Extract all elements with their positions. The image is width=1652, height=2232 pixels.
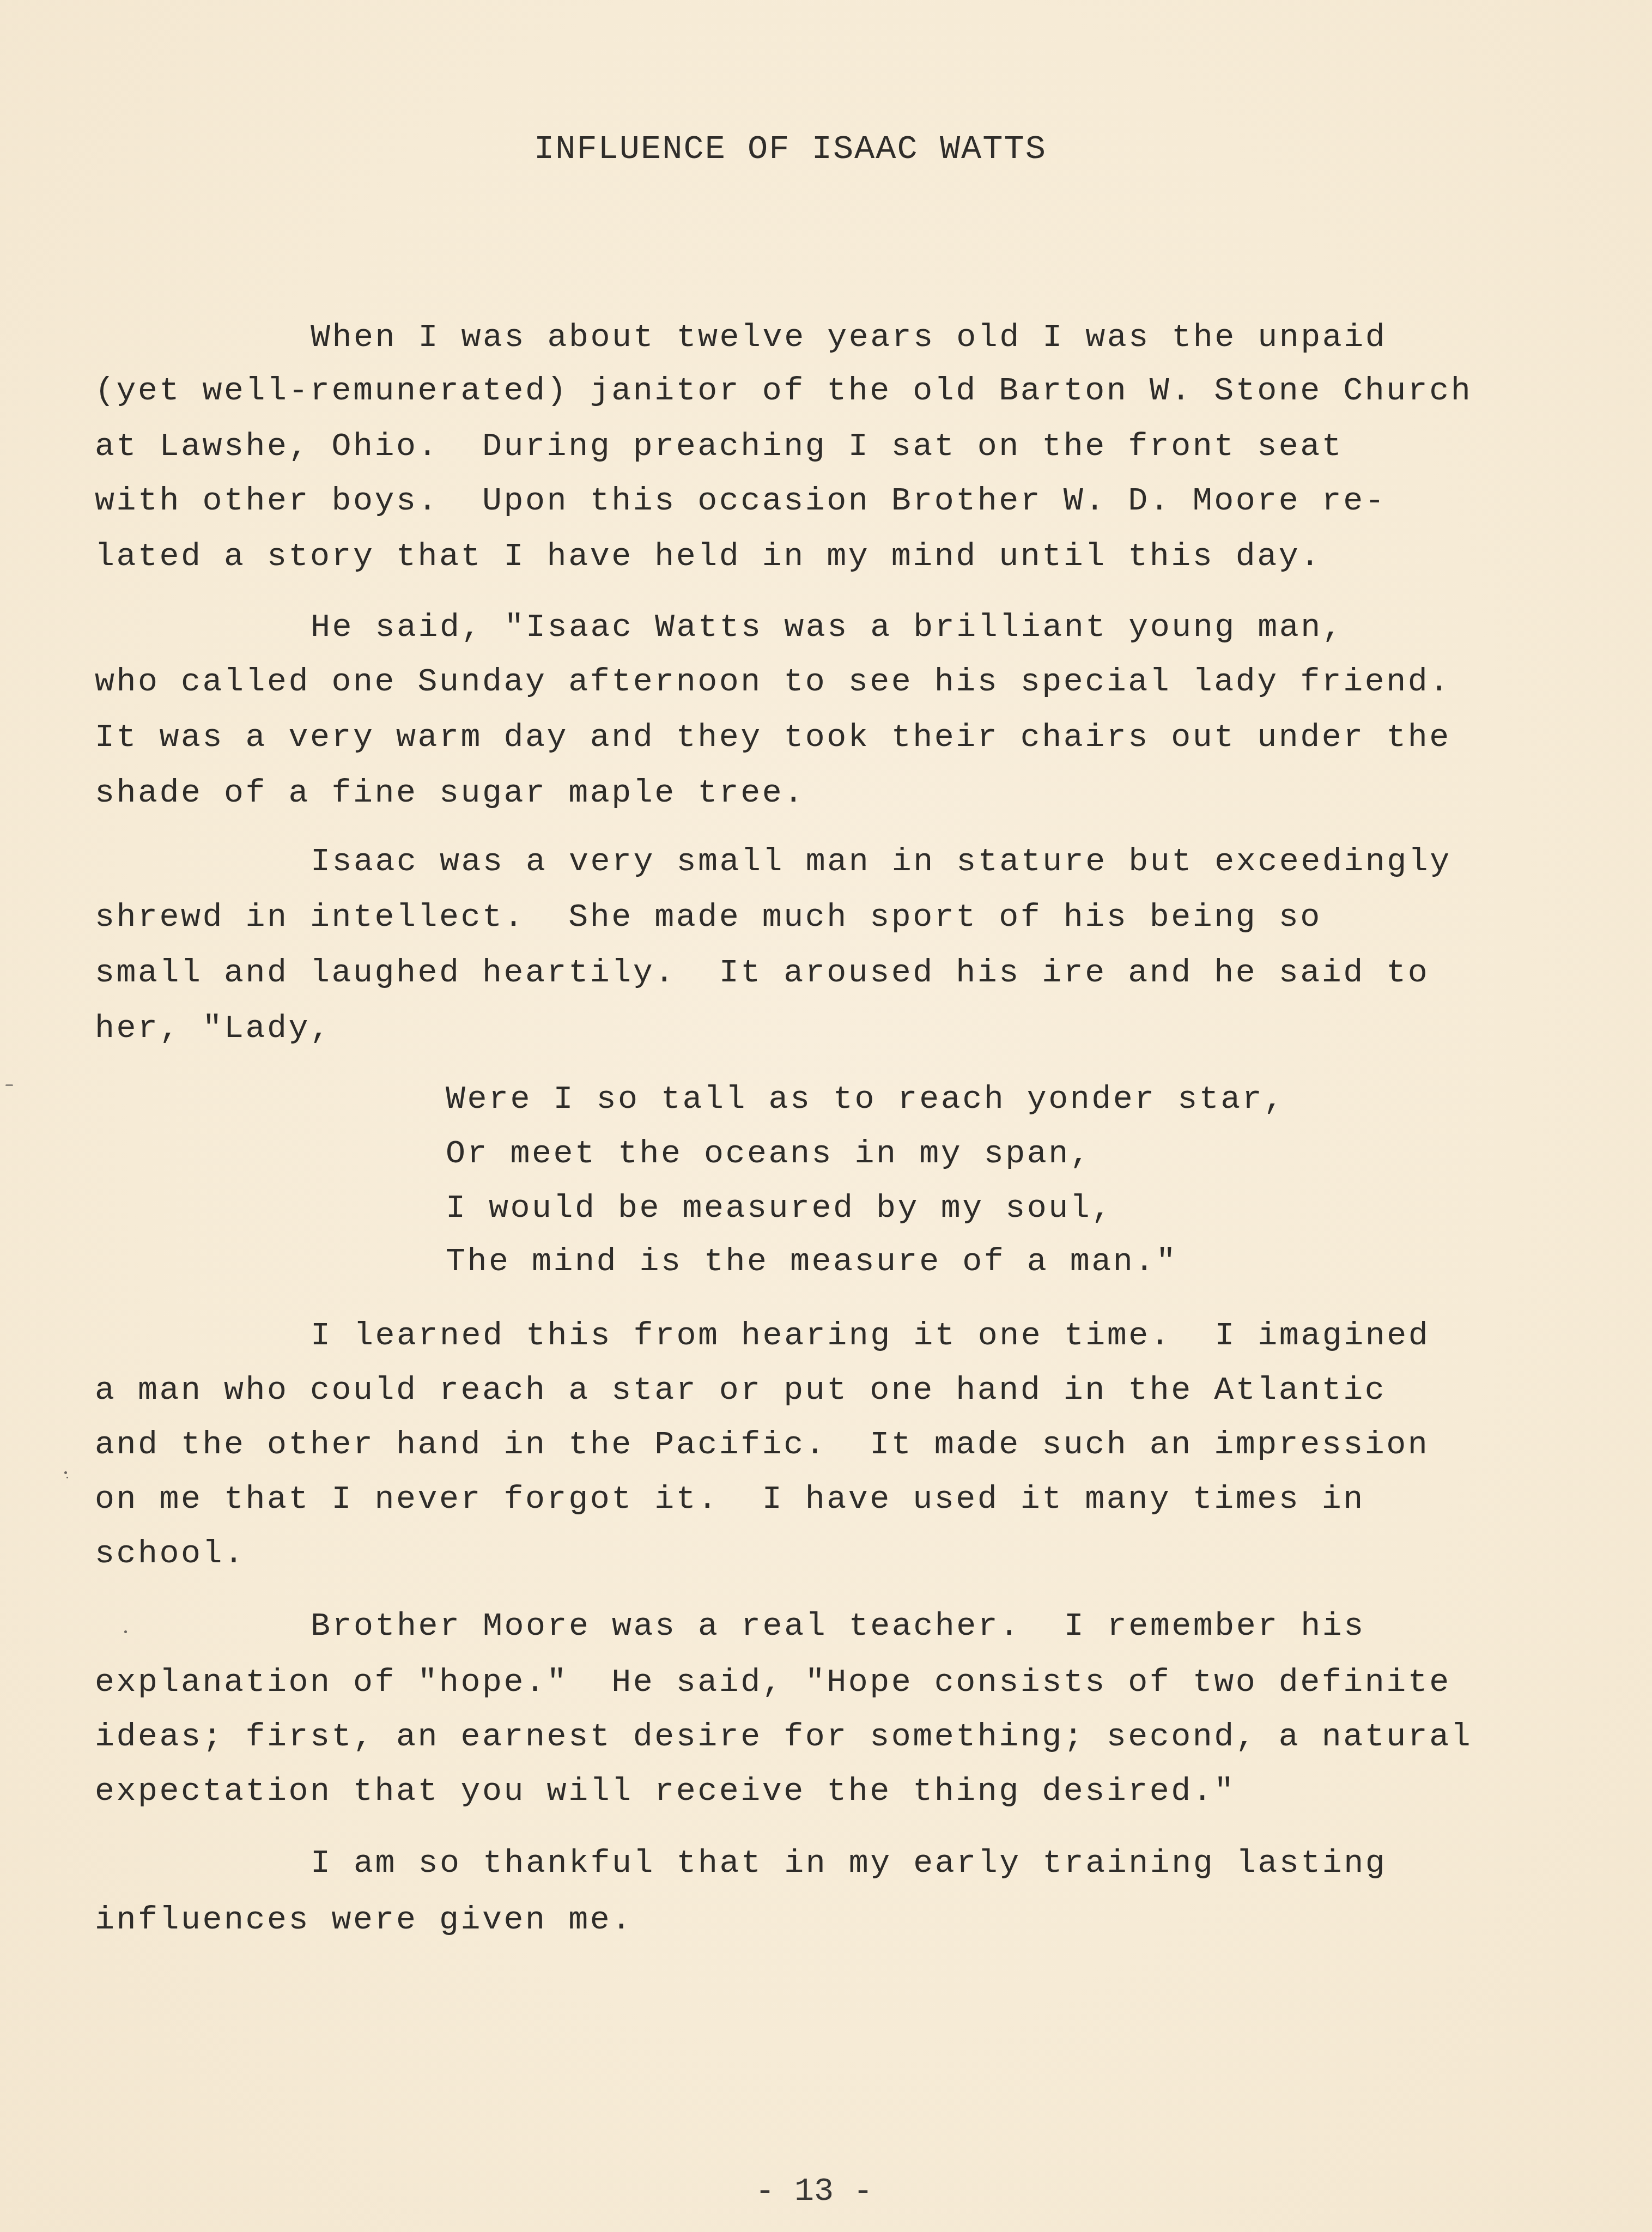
text-line: influences were given me. (95, 1904, 633, 1937)
verse-line: Were I so tall as to reach yonder star, (446, 1083, 1285, 1116)
text-line: at Lawshe, Ohio. During preaching I sat … (95, 430, 1343, 463)
text-line: I learned this from hearing it one time.… (311, 1320, 1430, 1352)
verse-line: The mind is the measure of a man." (446, 1246, 1177, 1278)
text-line: on me that I never forgot it. I have use… (95, 1483, 1365, 1516)
text-line: with other boys. Upon this occasion Brot… (95, 485, 1386, 518)
text-line: (yet well-remunerated) janitor of the ol… (95, 375, 1472, 408)
document-page: INFLUENCE OF ISAAC WATTS When I was abou… (0, 0, 1652, 2232)
page-number: - 13 - (755, 2173, 873, 2210)
text-line: shade of a fine sugar maple tree. (95, 777, 805, 810)
text-line: Isaac was a very small man in stature bu… (311, 846, 1451, 878)
text-line: It was a very warm day and they took the… (95, 721, 1451, 754)
text-line: He said, "Isaac Watts was a brilliant yo… (311, 611, 1344, 644)
paper-mark (5, 1084, 13, 1086)
text-line: small and laughed heartily. It aroused h… (95, 957, 1429, 990)
text-line: a man who could reach a star or put one … (95, 1374, 1386, 1407)
text-line: explanation of "hope." He said, "Hope co… (95, 1666, 1451, 1699)
text-line: school. (95, 1538, 246, 1570)
text-line: shrewd in intellect. She made much sport… (95, 901, 1322, 934)
verse-line: I would be measured by my soul, (446, 1192, 1113, 1225)
text-line: expectation that you will receive the th… (95, 1775, 1236, 1808)
text-line: and the other hand in the Pacific. It ma… (95, 1429, 1429, 1461)
text-line: who called one Sunday afternoon to see h… (95, 666, 1451, 699)
document-title: INFLUENCE OF ISAAC WATTS (534, 130, 1047, 168)
text-line: her, "Lady, (95, 1012, 332, 1045)
paper-mark (64, 1471, 67, 1474)
paper-mark (124, 1630, 127, 1633)
text-line: When I was about twelve years old I was … (311, 322, 1387, 354)
text-line: lated a story that I have held in my min… (95, 541, 1322, 573)
text-line: ideas; first, an earnest desire for some… (95, 1721, 1472, 1754)
text-line: I am so thankful that in my early traini… (311, 1847, 1387, 1880)
verse-line: Or meet the oceans in my span, (446, 1138, 1091, 1170)
paper-mark (66, 1477, 68, 1478)
text-line: Brother Moore was a real teacher. I reme… (311, 1610, 1365, 1643)
